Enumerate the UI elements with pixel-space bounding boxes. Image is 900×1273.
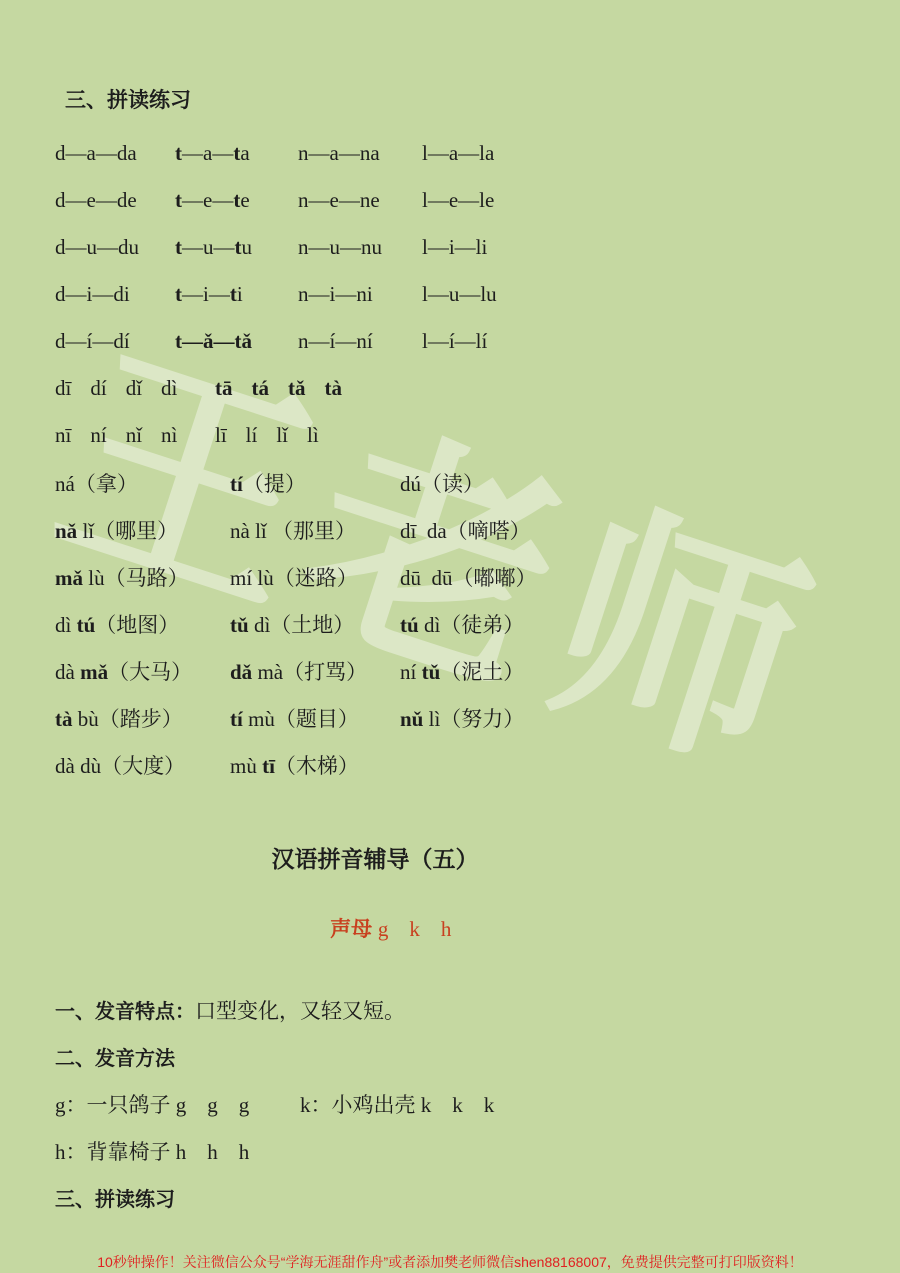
pinyin-chain: t—ǎ—tǎ (175, 329, 298, 354)
word-row: ná（拿）tí（提）dú（读） (0, 459, 900, 506)
pinyin-word: dú（读） (400, 468, 900, 498)
pinyin-chain-row: d—i—dit—i—tin—i—nil—u—lu (0, 271, 900, 318)
pinyin-chain: t—i—ti (175, 282, 298, 307)
pinyin-word: dǎ mà（打骂） (230, 656, 400, 686)
tone-syllable-group: tātátǎtà (215, 376, 900, 401)
initials-subtitle: 声母 g k h (0, 887, 750, 972)
tone-row: dīdídǐdìtātátǎtà (0, 365, 900, 412)
method-k: k：小鸡出壳 k k k (300, 1089, 900, 1119)
pinyin-word: mù tī（木梯） (230, 750, 400, 780)
worksheet-content: 三、拼读练习 d—a—dat—a—tan—a—nal—a—lad—e—det—e… (0, 0, 900, 1221)
pinyin-chain: d—i—di (55, 282, 175, 307)
pinyin-chain-row: d—a—dat—a—tan—a—nal—a—la (0, 130, 900, 177)
pinyin-chain: l—u—lu (422, 282, 900, 307)
section2-title: 汉语拼音辅导（五） (0, 845, 750, 875)
pinyin-chain-row: d—e—det—e—ten—e—nel—e—le (0, 177, 900, 224)
tone-syllable: dì (161, 376, 177, 401)
tone-syllable: nì (161, 423, 177, 448)
method-h: h：背靠椅子 h h h (55, 1136, 249, 1166)
pinyin-word: dà mǎ（大马） (55, 656, 230, 686)
pinyin-chain: t—e—te (175, 188, 298, 213)
pinyin-word: nǔ lì（努力） (400, 703, 900, 733)
pinyin-chain: n—í—ní (298, 329, 422, 354)
tone-row: nīnínǐnìlīlílǐlì (0, 412, 900, 459)
method-heading-label: 二、发音方法 (55, 1042, 175, 1071)
pinyin-chain: l—e—le (422, 188, 900, 213)
pinyin-word: tǔ dì（土地） (230, 609, 400, 639)
method-g: g：一只鸽子 g g g (55, 1089, 300, 1119)
pinyin-word: ní tǔ（泥土） (400, 656, 900, 686)
tone-syllable: tā (215, 376, 233, 401)
section3-heading-line: 三、拼读练习 (0, 1174, 900, 1221)
tone-syllable: lǐ (276, 423, 288, 448)
word-row: dì tú（地图）tǔ dì（土地）tú dì（徒弟） (0, 600, 900, 647)
pinyin-chain: d—í—dí (55, 329, 175, 354)
method-row-g-k: g：一只鸽子 g g g k：小鸡出壳 k k k (0, 1080, 900, 1127)
pinyin-word-rows: ná（拿）tí（提）dú（读）nǎ lǐ（哪里）nà lǐ （那里）dī da（… (0, 459, 900, 788)
tone-syllable: lì (307, 423, 319, 448)
initials-letters: g k h (378, 917, 452, 941)
pinyin-word: dū dū（嘟嘟） (400, 562, 900, 592)
feature-text: 口型变化，又轻又短。 (195, 995, 405, 1025)
tone-syllable: tá (252, 376, 270, 401)
tone-syllable: nī (55, 423, 71, 448)
section2-lines: 一、发音特点：口型变化，又轻又短。 二、发音方法 g：一只鸽子 g g g k：… (0, 986, 900, 1221)
pinyin-chain: n—i—ni (298, 282, 422, 307)
word-row: dà dù（大度）mù tī（木梯） (0, 741, 900, 788)
tone-syllable: nǐ (126, 423, 142, 448)
pronunciation-feature-line: 一、发音特点：口型变化，又轻又短。 (0, 986, 900, 1033)
word-row: mǎ lù（马路）mí lù（迷路）dū dū（嘟嘟） (0, 553, 900, 600)
pinyin-word: tà bù（踏步） (55, 703, 230, 733)
pinyin-word: nà lǐ （那里） (230, 515, 400, 545)
pinyin-word: tí mù（题目） (230, 703, 400, 733)
section1-heading: 三、拼读练习 (65, 90, 900, 112)
pinyin-word: tí（提） (230, 468, 400, 498)
pinyin-word: dà dù（大度） (55, 750, 230, 780)
tone-syllable-group: dīdídǐdì (55, 376, 215, 401)
pinyin-word: mí lù（迷路） (230, 562, 400, 592)
pinyin-chain-row: d—í—dít—ǎ—tǎn—í—níl—í—lí (0, 318, 900, 365)
tone-syllable: dí (90, 376, 106, 401)
pronunciation-method-heading: 二、发音方法 (0, 1033, 900, 1080)
pinyin-chain: l—a—la (422, 141, 900, 166)
tone-practice-rows: dīdídǐdìtātátǎtànīnínǐnìlīlílǐlì (0, 365, 900, 459)
initials-label: 声母 (330, 918, 378, 941)
word-row: nǎ lǐ（哪里）nà lǐ （那里）dī da（嘀嗒） (0, 506, 900, 553)
word-row: tà bù（踏步）tí mù（题目）nǔ lì（努力） (0, 694, 900, 741)
pinyin-chain: d—a—da (55, 141, 175, 166)
pinyin-chain: d—e—de (55, 188, 175, 213)
pinyin-word: ná（拿） (55, 468, 230, 498)
pinyin-chain: n—u—nu (298, 235, 422, 260)
pinyin-chain: t—a—ta (175, 141, 298, 166)
tone-syllable: ní (90, 423, 106, 448)
pinyin-chain: n—a—na (298, 141, 422, 166)
pinyin-word: nǎ lǐ（哪里） (55, 515, 230, 545)
word-row: dà mǎ（大马）dǎ mà（打骂）ní tǔ（泥土） (0, 647, 900, 694)
feature-label: 一、发音特点： (55, 995, 195, 1024)
pinyin-chain: l—í—lí (422, 329, 900, 354)
tone-syllable-group: līlílǐlì (215, 423, 900, 448)
pinyin-word: dī da（嘀嗒） (400, 515, 900, 545)
pinyin-chain: d—u—du (55, 235, 175, 260)
worksheet-page: 王老师 三、拼读练习 d—a—dat—a—tan—a—nal—a—lad—e—d… (0, 0, 900, 1273)
pinyin-chain: t—u—tu (175, 235, 298, 260)
tone-syllable: lī (215, 423, 227, 448)
pinyin-word: mǎ lù（马路） (55, 562, 230, 592)
pinyin-chain: l—i—li (422, 235, 900, 260)
section3-heading: 三、拼读练习 (55, 1183, 175, 1212)
tone-syllable: lí (246, 423, 258, 448)
pinyin-chain-row: d—u—dut—u—tun—u—nul—i—li (0, 224, 900, 271)
tone-syllable: tà (325, 376, 343, 401)
pinyin-word: tú dì（徒弟） (400, 609, 900, 639)
promo-footer: 10秒钟操作！关注微信公众号“学海无涯甜作舟”或者添加樊老师微信shen8816… (0, 1254, 900, 1270)
pinyin-chain-rows: d—a—dat—a—tan—a—nal—a—lad—e—det—e—ten—e—… (0, 130, 900, 365)
tone-syllable: dǐ (126, 376, 142, 401)
pinyin-word: dì tú（地图） (55, 609, 230, 639)
tone-syllable: tǎ (288, 376, 306, 401)
tone-syllable-group: nīnínǐnì (55, 423, 215, 448)
pinyin-chain: n—e—ne (298, 188, 422, 213)
tone-syllable: dī (55, 376, 71, 401)
method-row-h: h：背靠椅子 h h h (0, 1127, 900, 1174)
